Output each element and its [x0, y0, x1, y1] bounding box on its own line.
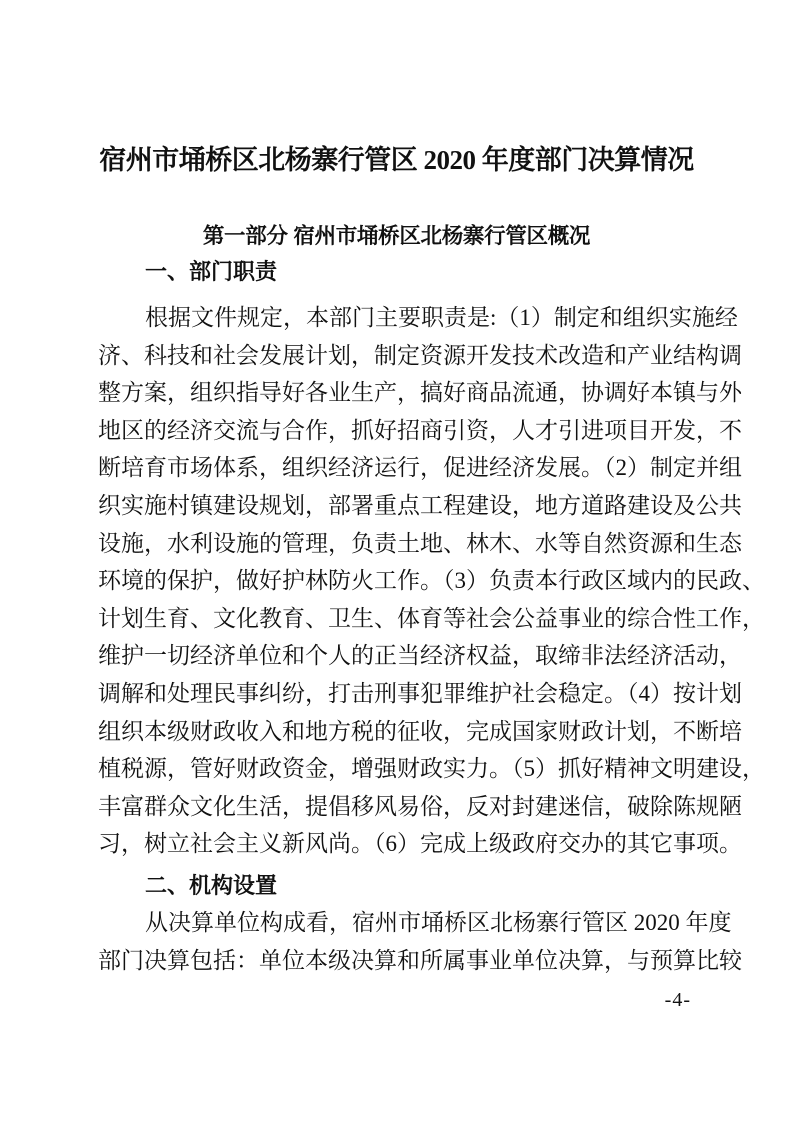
body-line: 济、科技和社会发展计划，制定资源开发技术改造和产业结构调: [98, 337, 712, 375]
document-page: 宿州市埇桥区北杨寨行管区 2020 年度部门决算情况 第一部分 宿州市埇桥区北杨…: [0, 0, 793, 1122]
body-line: 维护一切经济单位和个人的正当经济权益，取缔非法经济活动，: [98, 637, 712, 675]
body-line: 根据文件规定，本部门主要职责是:（1）制定和组织实施经: [98, 299, 712, 337]
document-title: 宿州市埇桥区北杨寨行管区 2020 年度部门决算情况: [0, 144, 793, 176]
part-one-heading: 第一部分 宿州市埇桥区北杨寨行管区概况: [0, 223, 793, 249]
body-line: 设施，水利设施的管理，负责土地、林木、水等自然资源和生态: [98, 525, 712, 563]
body-line: 从决算单位构成看，宿州市埇桥区北杨寨行管区 2020 年度: [98, 904, 712, 942]
body-line: 组织本级财政收入和地方税的征收，完成国家财政计划，不断培: [98, 713, 712, 751]
body-line: 部门决算包括：单位本级决算和所属事业单位决算，与预算比较: [98, 942, 712, 980]
body-line: 习，树立社会主义新风尚。（6）完成上级政府交办的其它事项。: [98, 825, 712, 863]
body-line: 环境的保护，做好护林防火工作。（3）负责本行政区域内的民政、: [98, 562, 712, 600]
body-line: 断培育市场体系，组织经济运行，促进经济发展。（2）制定并组: [98, 449, 712, 487]
body-line: 丰富群众文化生活，提倡移风易俗，反对封建迷信，破除陈规陋: [98, 788, 712, 826]
body-line: 织实施村镇建设规划，部署重点工程建设，地方道路建设及公共: [98, 487, 712, 525]
body-line: 植税源，管好财政资金，增强财政实力。（5）抓好精神文明建设，: [98, 750, 712, 788]
body-line: 地区的经济交流与合作，抓好招商引资，人才引进项目开发，不: [98, 412, 712, 450]
page-number: -4-: [665, 989, 691, 1011]
organization-paragraph: 从决算单位构成看，宿州市埇桥区北杨寨行管区 2020 年度部门决算包括：单位本级…: [98, 904, 712, 979]
section-heading-duties: 一、部门职责: [145, 260, 277, 284]
body-line: 调解和处理民事纠纷，打击刑事犯罪维护社会稳定。（4）按计划: [98, 675, 712, 713]
duties-paragraph: 根据文件规定，本部门主要职责是:（1）制定和组织实施经济、科技和社会发展计划，制…: [98, 299, 712, 863]
section-heading-organization: 二、机构设置: [145, 874, 277, 898]
body-line: 计划生育、文化教育、卫生、体育等社会公益事业的综合性工作，: [98, 600, 712, 638]
body-line: 整方案，组织指导好各业生产，搞好商品流通，协调好本镇与外: [98, 374, 712, 412]
